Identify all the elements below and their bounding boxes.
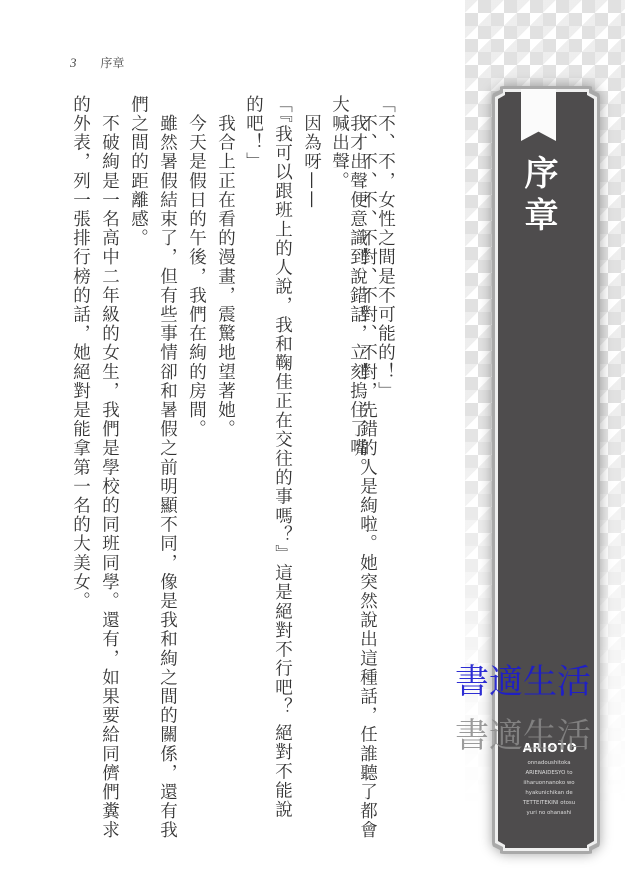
text-column: 的吧！」 <box>244 95 262 171</box>
running-header-title: 序章 <box>100 56 124 70</box>
page-number: 3 <box>70 55 77 70</box>
text-column: 因為呀—— <box>302 95 320 210</box>
text-column: 「不、不，女性之間是不可能的！」 <box>376 95 394 401</box>
text-column: 今天是假日的午後，我們在絢的房間。 <box>187 95 205 439</box>
text-column: 我合上正在看的漫畫，震驚地望著她。 <box>216 95 234 439</box>
text-column: 「『我可以跟班上的人說，我和鞠佳正在交往的事嗎？』這是絕對不行吧？ 絕對不能說 <box>273 95 291 819</box>
text-column: 雖然暑假結束了，但有些事情卻和暑假之前明顯不同，像是我和絢之間的關係，還有我 <box>158 95 176 840</box>
text-column: 不破絢是一名高中二年級的女生，我們是學校的同班同學。還有，如果要給同儕們糞求 <box>100 95 118 840</box>
text-column: 們之間的距離感。 <box>129 95 147 248</box>
running-header: 3 序章 <box>70 54 124 71</box>
watermark-secondary: 書適生活 <box>455 708 591 757</box>
series-subtitle: onnadoushitoka ARIENAIDESYO to iiharuonn… <box>503 758 595 818</box>
chapter-title: 序章 <box>513 155 563 239</box>
text-column: 大喊出聲。 <box>330 95 348 191</box>
text-column: 不、不、不、不對、不對、不對，先錯的人是絢啦。她突然說出這種話，任誰聽了都會 <box>358 95 376 840</box>
text-column: 的外表，列一張排行榜的話，她絕對是能拿第一名的大美女。 <box>71 95 89 611</box>
watermark-primary: 書適生活 <box>455 654 591 703</box>
